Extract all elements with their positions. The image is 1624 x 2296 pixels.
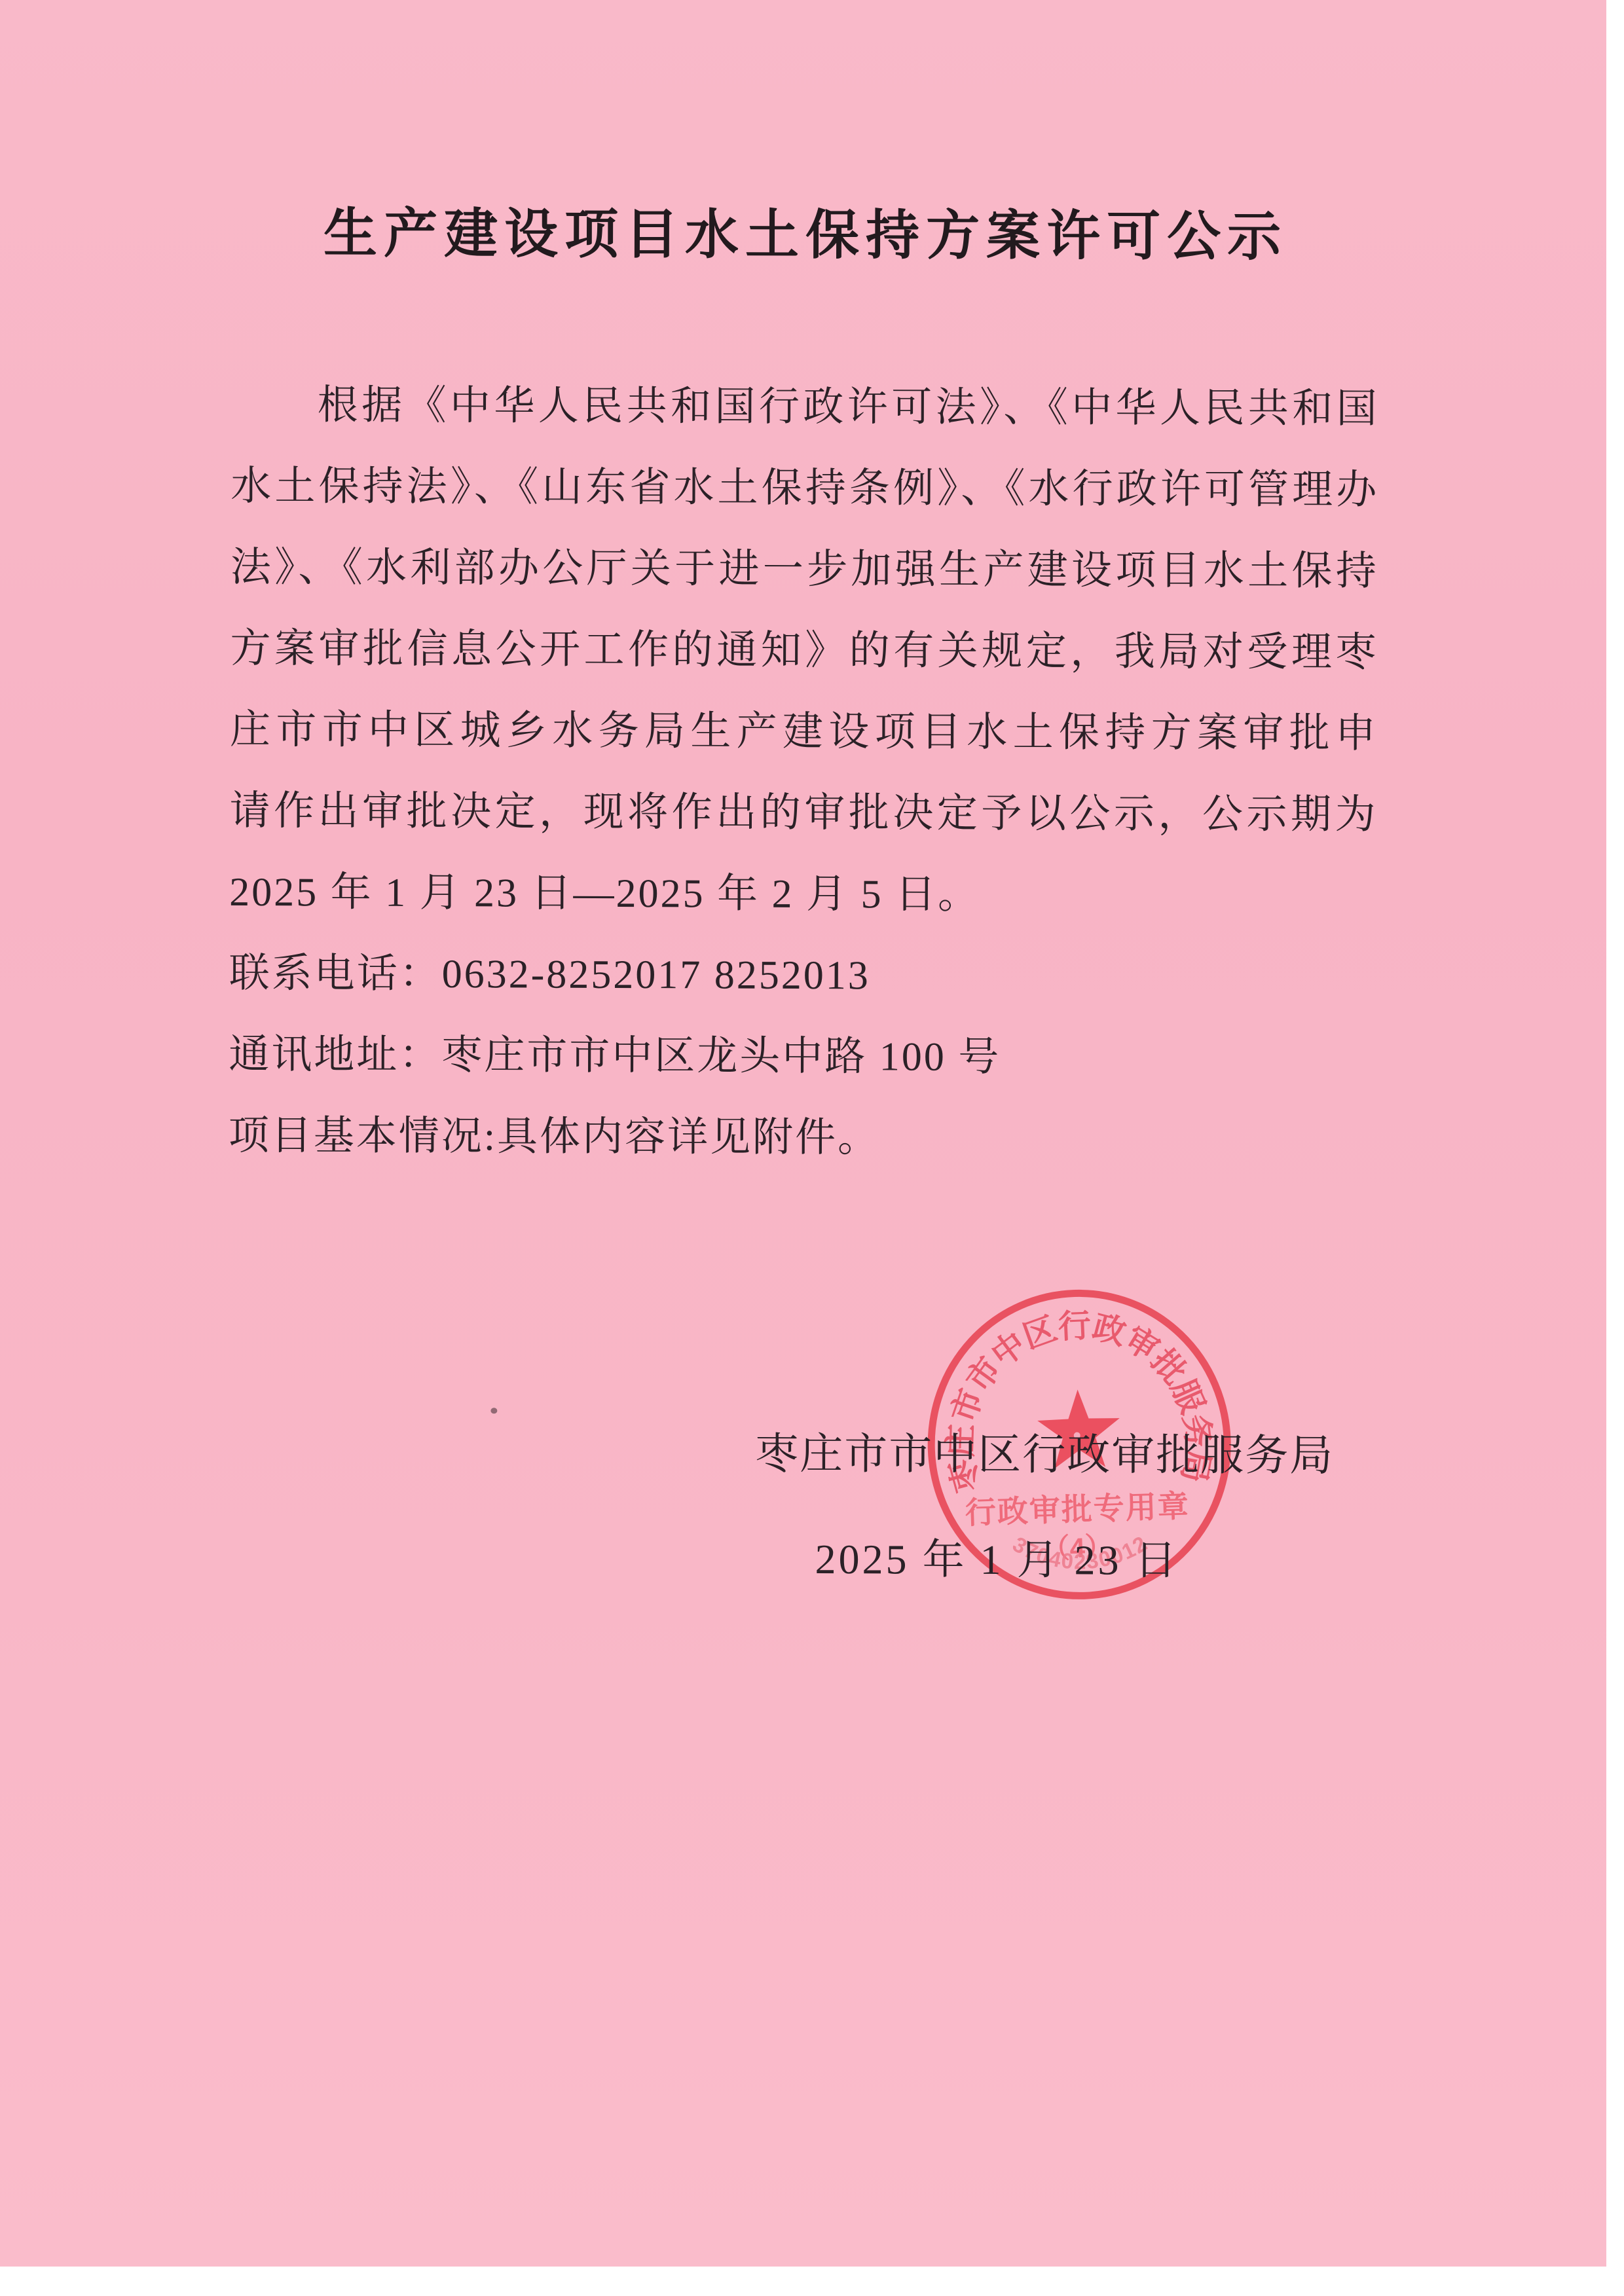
scan-edge-bottom: [0, 2267, 1624, 2296]
mailing-address-line: 通讯地址：枣庄市市中区龙头中路 100 号: [229, 1014, 1376, 1099]
signature-agency: 枣庄市市中区行政审批服务局: [755, 1414, 1334, 1497]
body-line: 法》、《水利部办公厅关于进一步加强生产建设项目水土保持: [231, 527, 1378, 612]
body-line: 请作出审批决定，现将作出的审批决定予以公示，公示期为: [229, 771, 1377, 856]
scan-edge-right: [1606, 0, 1624, 2296]
signature-date: 2025 年 1 月 23 日: [815, 1519, 1179, 1601]
body-line: 庄市市中区城乡水务局生产建设项目水土保持方案审批申: [230, 689, 1378, 774]
publicity-period-line: 2025 年 1 月 23 日—2025 年 2 月 5 日。: [229, 852, 1377, 937]
scanned-notice-page: 生产建设项目水土保持方案许可公示 根据《中华人民共和国行政许可法》、《中华人民共…: [0, 0, 1624, 2296]
notice-title: 生产建设项目水土保持方案许可公示: [231, 194, 1379, 277]
contact-phone-line: 联系电话：0632-8252017 8252013: [229, 933, 1376, 1018]
project-info-line: 项目基本情况:具体内容详见附件。: [229, 1095, 1376, 1180]
body-line: 水土保持法》、《山东省水土保持条例》、《水行政许可管理办: [231, 446, 1378, 531]
notice-body: 根据《中华人民共和国行政许可法》、《中华人民共和国 水土保持法》、《山东省水土保…: [229, 365, 1379, 1180]
document-content: 生产建设项目水土保持方案许可公示 根据《中华人民共和国行政许可法》、《中华人民共…: [0, 0, 1624, 2296]
body-line: 方案审批信息公开工作的通知》的有关规定，我局对受理枣: [230, 608, 1378, 693]
ink-speck: [490, 1408, 497, 1413]
body-line: 根据《中华人民共和国行政许可法》、《中华人民共和国: [231, 365, 1379, 450]
